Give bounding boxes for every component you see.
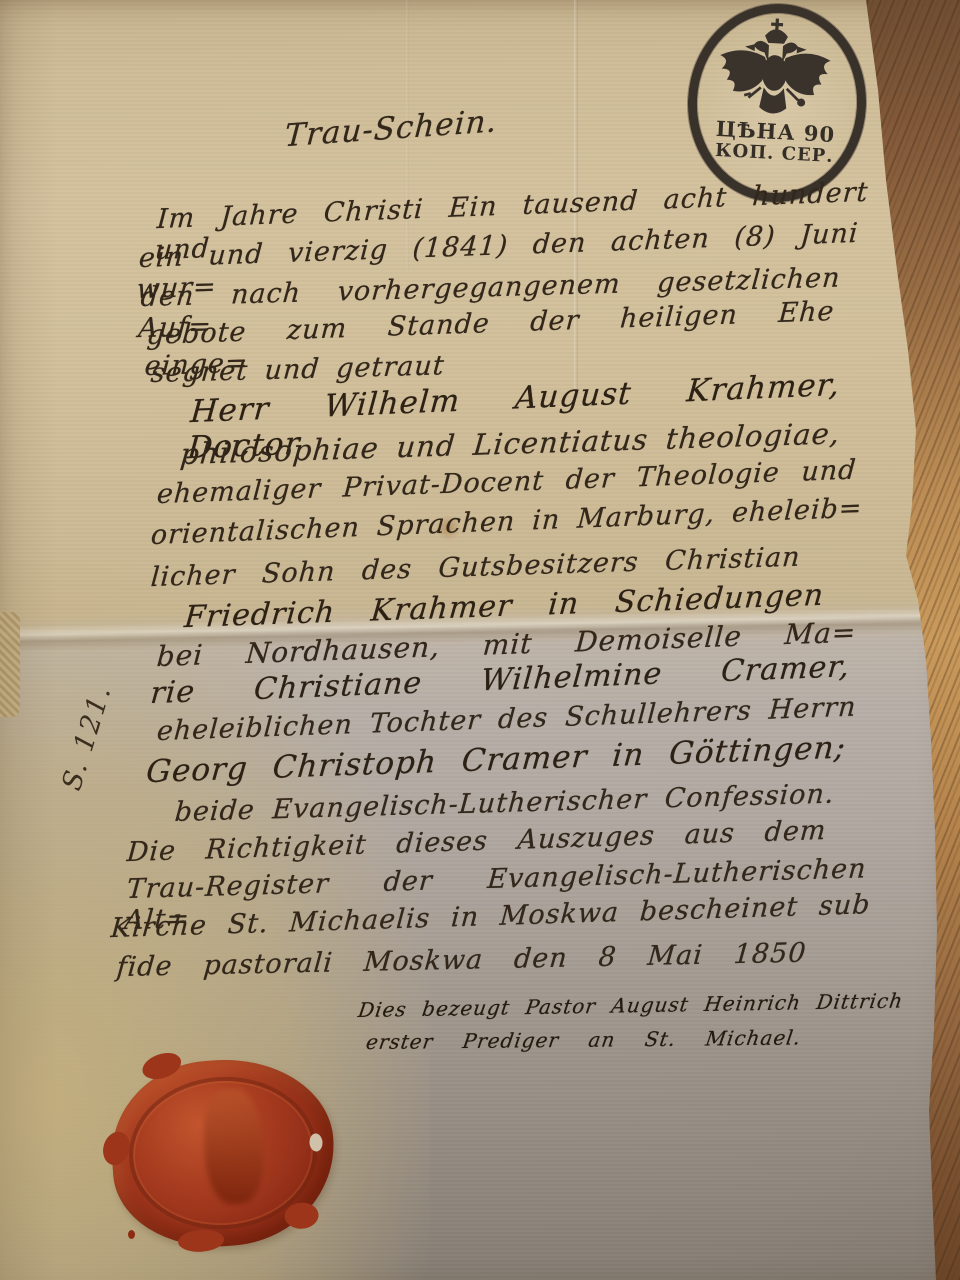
document-title: Trau-Schein.: [283, 103, 498, 154]
wax-speck: [128, 1230, 135, 1239]
revenue-stamp: ЦѢНА 90 КОП. СЕР.: [683, 0, 871, 207]
fabric-edge-patch: [0, 612, 20, 717]
wax-seal: [106, 1052, 340, 1253]
photo-frame: ЦѢНА 90 КОП. СЕР. Trau-Schein. Im Jahre …: [0, 0, 960, 1280]
manuscript-line-5: segnet und getraut: [150, 350, 446, 389]
document-paper: ЦѢНА 90 КОП. СЕР. Trau-Schein. Im Jahre …: [0, 0, 960, 1280]
double-headed-eagle-icon: [706, 13, 843, 128]
date-place-line: fide pastorali Moskwa den 8 Mai 1850: [115, 938, 807, 984]
wax-blob: [139, 1048, 185, 1084]
signature-line-2: erster Prediger an St. Michael.: [364, 1025, 803, 1054]
wax-seal-gap: [309, 1133, 323, 1152]
signature-line-1: Dies bezeugt Pastor August Heinrich Ditt…: [357, 988, 905, 1022]
wax-blob: [284, 1202, 320, 1230]
margin-number: S. 121.: [47, 652, 126, 824]
wax-blob: [177, 1228, 224, 1253]
